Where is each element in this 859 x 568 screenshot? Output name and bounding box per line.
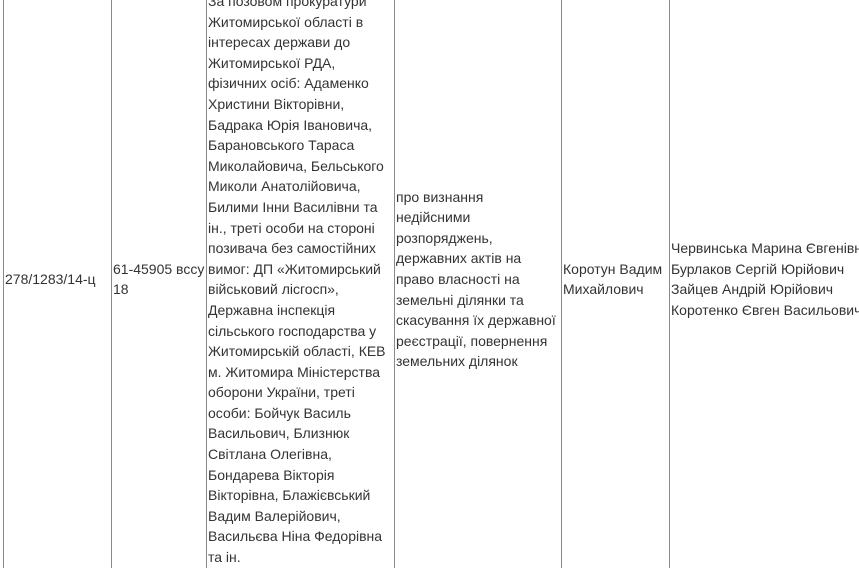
presiding-judge: Коротун Вадим Михайлович: [563, 261, 662, 298]
parties-text: За позовом прокуратури Житомирської обла…: [208, 0, 386, 556]
category-code-cell: 61-45905 вссу 18: [112, 0, 207, 556]
panel-cell: Червинська Марина Євгенівна Бурлаков Сер…: [670, 0, 859, 556]
court-cases-table: 278/1283/14-ц 61-45905 вссу 18 За позово…: [3, 0, 859, 556]
panel-member: Бурлаков Сергій Юрійович: [671, 259, 859, 280]
judge-cell: Коротун Вадим Михайлович: [562, 0, 670, 556]
case-number: 278/1283/14-ц: [5, 271, 96, 287]
parties-cell: За позовом прокуратури Житомирської обла…: [207, 0, 395, 556]
court-cases-table-container: 278/1283/14-ц 61-45905 вссу 18 За позово…: [3, 0, 859, 556]
table-row: 278/1283/14-ц 61-45905 вссу 18 За позово…: [4, 0, 859, 556]
panel-member: Зайцев Андрій Юрійович: [671, 279, 859, 300]
case-number-cell: 278/1283/14-ц: [4, 0, 112, 556]
panel-member: Коротенко Євген Васильович: [671, 300, 859, 321]
subject-cell: про визнання недійсними розпоряджень, де…: [395, 0, 562, 556]
subject-text: про визнання недійсними розпоряджень, де…: [396, 189, 556, 370]
category-code: 61-45905 вссу 18: [113, 261, 204, 298]
panel-member: Червинська Марина Євгенівна: [671, 238, 859, 259]
